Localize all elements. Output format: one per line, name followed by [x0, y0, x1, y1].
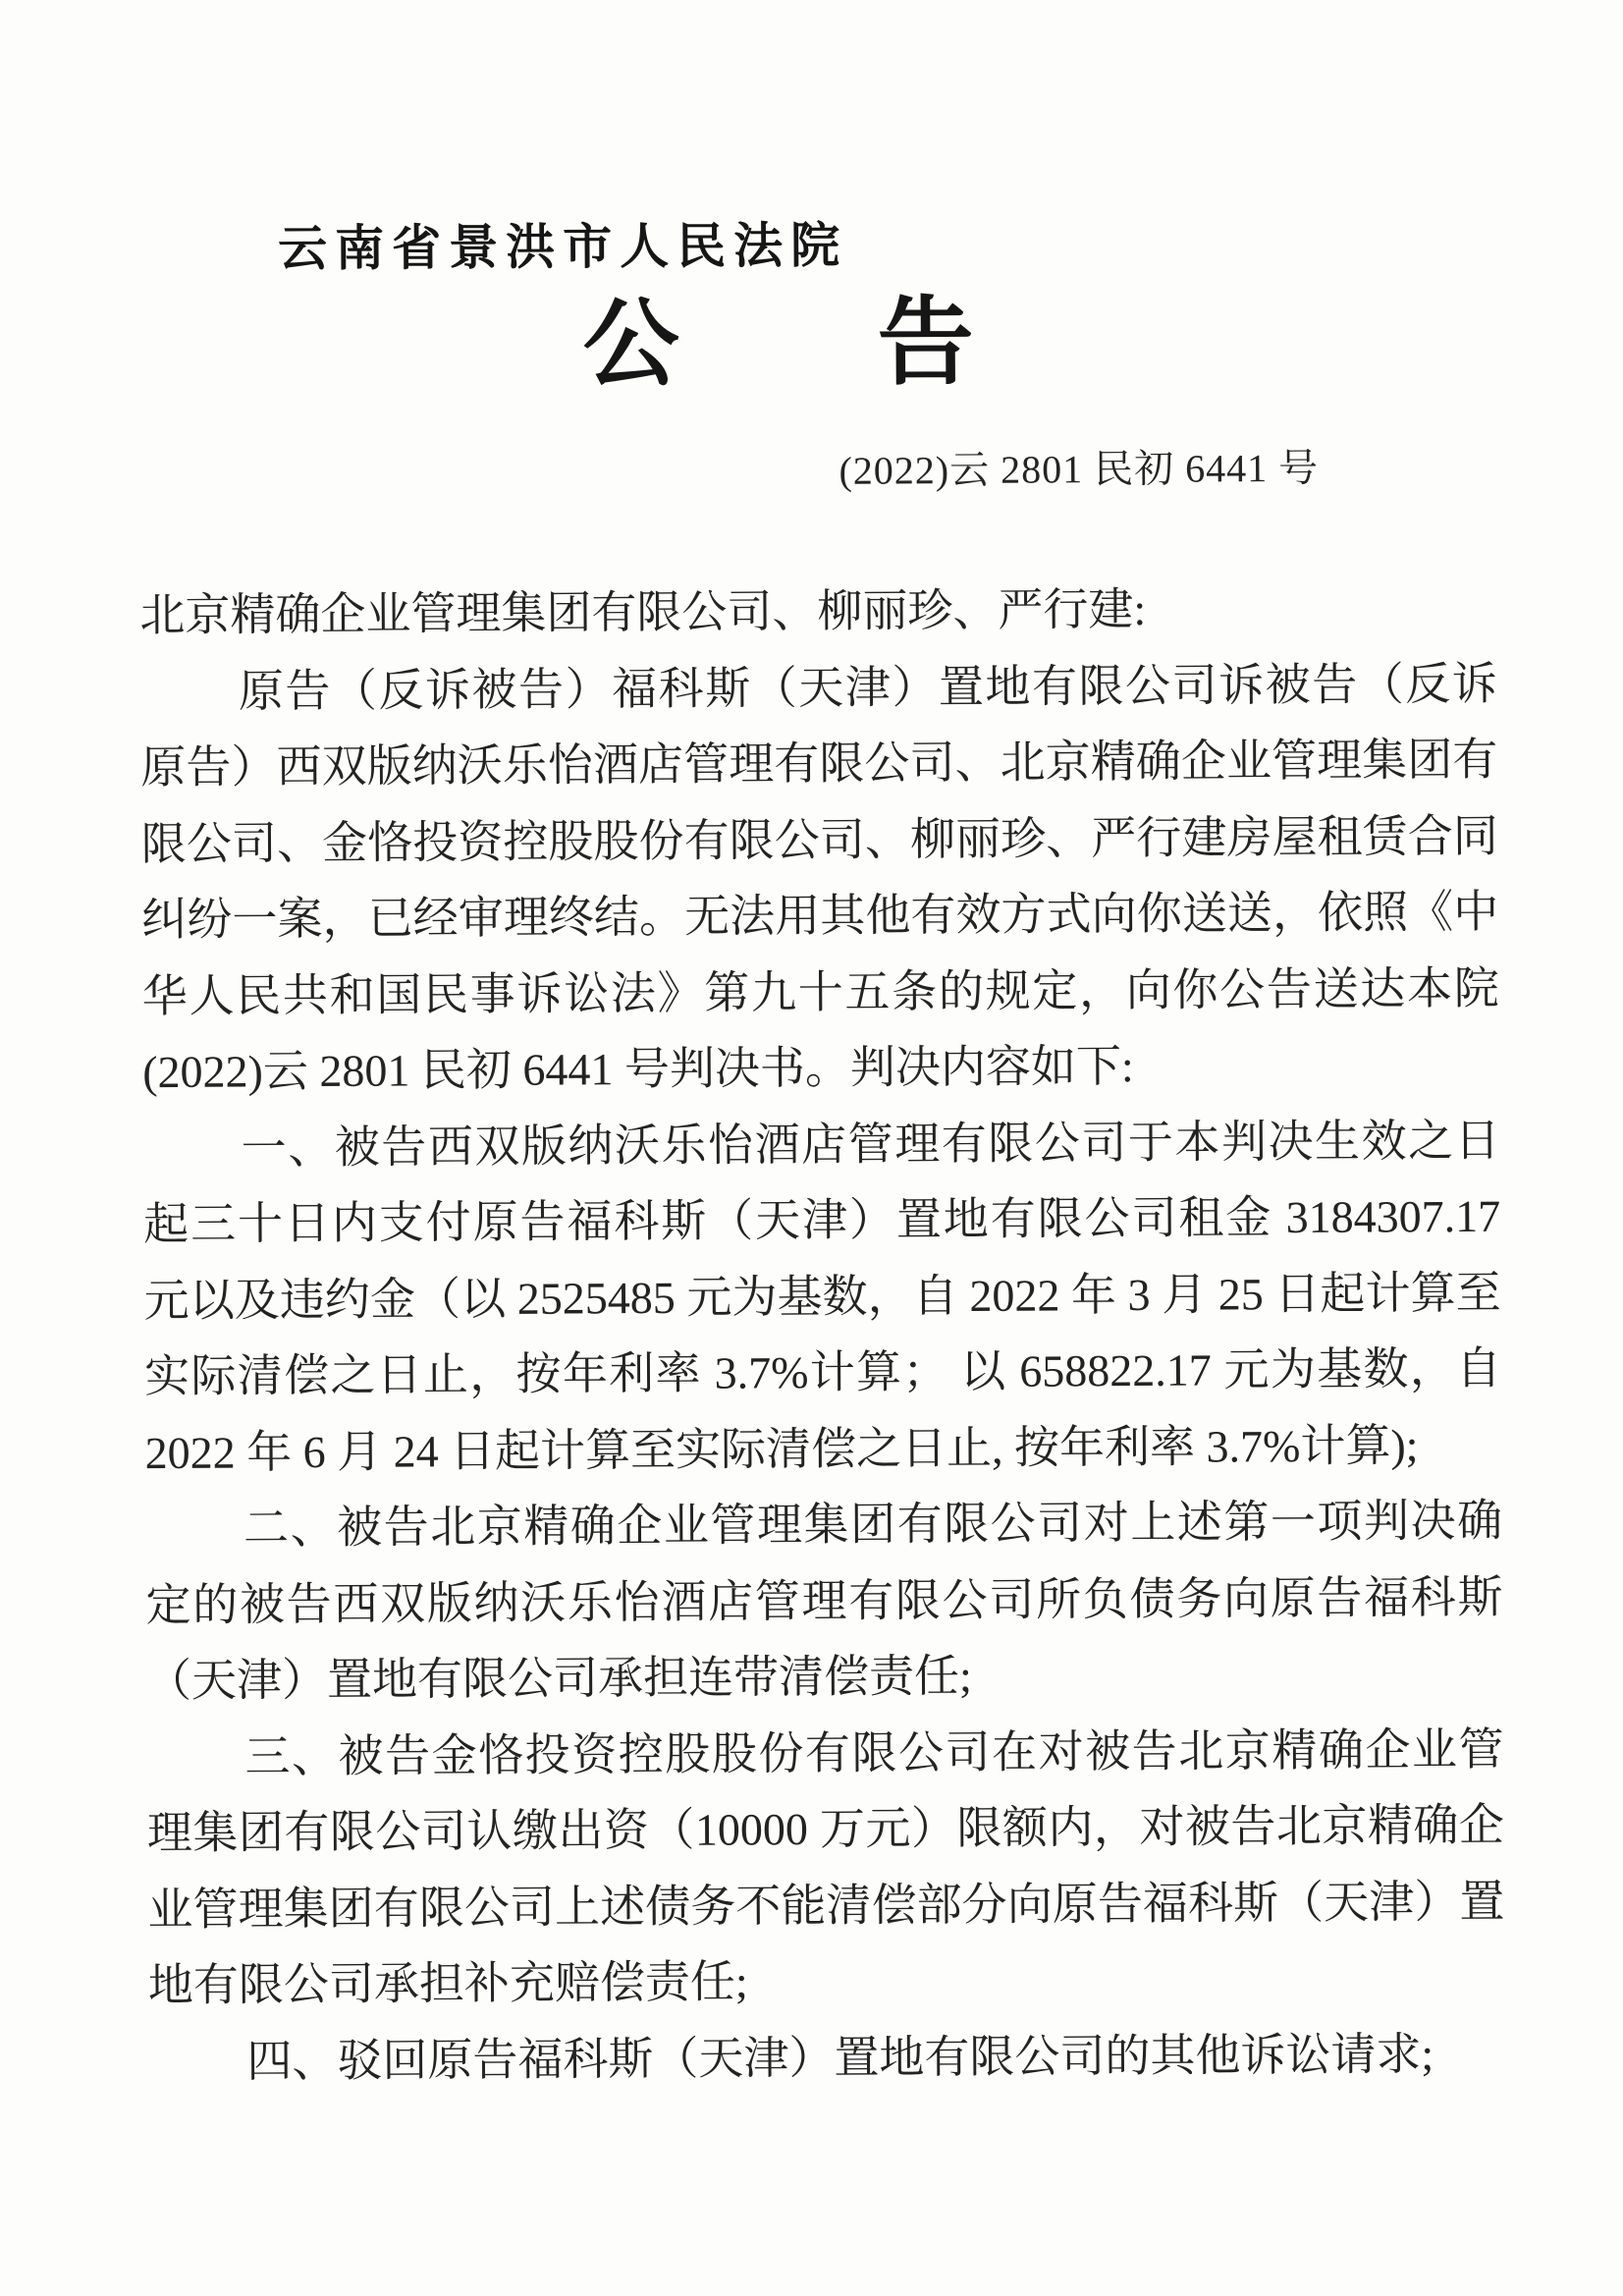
- announcement-title-char-left: 公: [582, 292, 679, 401]
- paragraph-case-summary: 原告（反诉被告）福科斯（天津）置地有限公司诉被告（反诉原告）西双版纳沃乐怡酒店管…: [140, 645, 1500, 1110]
- announcement-title-char-right: 告: [877, 290, 974, 399]
- paragraph-judgment-item-1: 一、被告西双版纳沃乐怡酒店管理有限公司于本判决生效之日起三十日内支付原告福科斯（…: [142, 1102, 1501, 1491]
- scanned-court-announcement-page: 云南省景洪市人民法院 公 告 (2022)云 2801 民初 6441 号 北京…: [0, 0, 1623, 2296]
- announcement-body: 北京精确企业管理集团有限公司、柳丽珍、严行建: 原告（反诉被告）福科斯（天津）置…: [139, 570, 1505, 2100]
- addressee-line: 北京精确企业管理集团有限公司、柳丽珍、严行建:: [139, 570, 1496, 654]
- paragraph-judgment-item-2: 二、被告北京精确企业管理集团有限公司对上述第一项判决确定的被告西双版纳沃乐怡酒店…: [145, 1483, 1503, 1720]
- case-number: (2022)云 2801 民初 6441 号: [839, 437, 1319, 496]
- court-name-heading: 云南省景洪市人民法院: [278, 206, 847, 281]
- announcement-title: 公 告: [582, 289, 1054, 292]
- document-content: 云南省景洪市人民法院 公 告 (2022)云 2801 民初 6441 号 北京…: [0, 0, 1623, 2296]
- paragraph-judgment-item-3: 三、被告金恪投资控股股份有限公司在对被告北京精确企业管理集团有限公司认缴出资（1…: [146, 1711, 1505, 2023]
- paragraph-judgment-item-4: 四、驳回原告福科斯（天津）置地有限公司的其他诉讼请求;: [148, 2015, 1505, 2100]
